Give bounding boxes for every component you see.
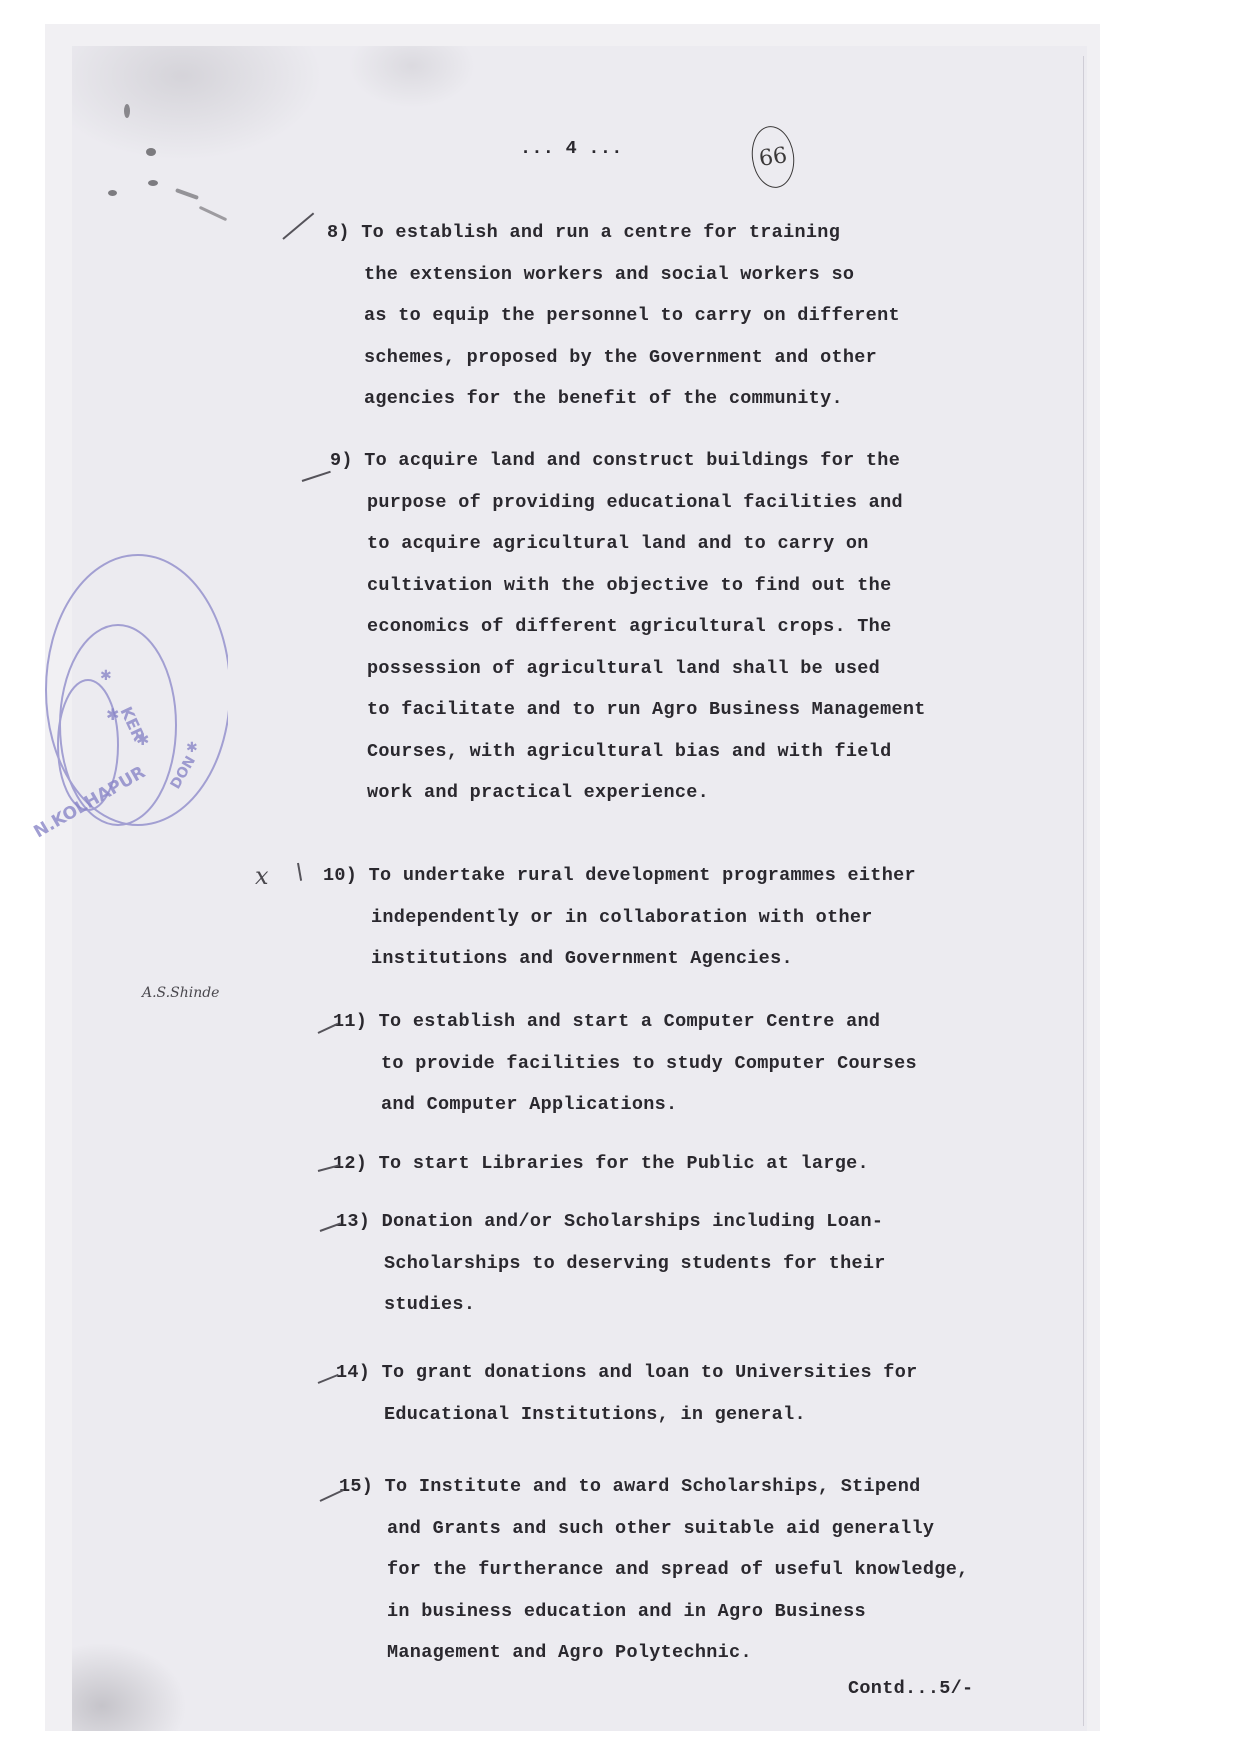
clause-line: for the furtherance and spread of useful… (339, 1549, 969, 1591)
clause-line: as to equip the personnel to carry on di… (327, 295, 900, 337)
page-edge (1083, 56, 1084, 1726)
clause-15: 15) To Institute and to award Scholarshi… (339, 1466, 969, 1674)
clause-line: agencies for the benefit of the communit… (327, 378, 900, 420)
clause-line: 10) To undertake rural development progr… (323, 855, 916, 897)
clause-line: 14) To grant donations and loan to Unive… (336, 1352, 918, 1394)
margin-x-mark: x (255, 862, 269, 890)
ink-smudge (124, 104, 130, 118)
clause-number: 9) (330, 440, 353, 482)
clause-number: 15) (339, 1466, 373, 1508)
clause-number: 11) (333, 1001, 367, 1043)
clause-line: 13) Donation and/or Scholarships includi… (336, 1201, 886, 1243)
clause-line: possession of agricultural land shall be… (330, 648, 926, 690)
clause-number: 10) (323, 855, 357, 897)
clause-line: purpose of providing educational facilit… (330, 482, 926, 524)
clause-line: the extension workers and social workers… (327, 254, 900, 296)
ink-smudge (146, 148, 156, 156)
clause-number: 14) (336, 1352, 370, 1394)
clause-number: 13) (336, 1201, 370, 1243)
clause-line: Scholarships to deserving students for t… (336, 1243, 886, 1285)
clause-9: 9) To acquire land and construct buildin… (330, 440, 926, 814)
clause-14: 14) To grant donations and loan to Unive… (336, 1352, 918, 1435)
clause-line: 11) To establish and start a Computer Ce… (333, 1001, 917, 1043)
clause-line: schemes, proposed by the Government and … (327, 337, 900, 379)
page-marker: ... 4 ... (520, 138, 623, 159)
clause-line: cultivation with the objective to find o… (330, 565, 926, 607)
clause-12: 12) To start Libraries for the Public at… (333, 1143, 869, 1185)
clause-number: 8) (327, 212, 350, 254)
clause-line: institutions and Government Agencies. (323, 938, 916, 980)
clause-line: 8) To establish and run a centre for tra… (327, 212, 900, 254)
clause-line: Courses, with agricultural bias and with… (330, 731, 926, 773)
clause-13: 13) Donation and/or Scholarships includi… (336, 1201, 886, 1326)
clause-line: to provide facilities to study Computer … (333, 1043, 917, 1085)
clause-10: 10) To undertake rural development progr… (323, 855, 916, 980)
clause-line: in business education and in Agro Busine… (339, 1591, 969, 1633)
clause-line: 12) To start Libraries for the Public at… (333, 1143, 869, 1185)
clause-line: Educational Institutions, in general. (336, 1394, 918, 1436)
clause-11: 11) To establish and start a Computer Ce… (333, 1001, 917, 1126)
clause-line: Management and Agro Polytechnic. (339, 1632, 969, 1674)
clause-line: to acquire agricultural land and to carr… (330, 523, 926, 565)
clause-line: work and practical experience. (330, 772, 926, 814)
margin-signature: A.S.Shinde (142, 985, 219, 1001)
ink-smudge (108, 190, 117, 196)
continuation-note: Contd...5/- (848, 1678, 973, 1699)
clause-line: 15) To Institute and to award Scholarshi… (339, 1466, 969, 1508)
clause-line: to facilitate and to run Agro Business M… (330, 689, 926, 731)
clause-line: studies. (336, 1284, 886, 1326)
clause-line: independently or in collaboration with o… (323, 897, 916, 939)
clause-line: and Grants and such other suitable aid g… (339, 1508, 969, 1550)
clause-line: 9) To acquire land and construct buildin… (330, 440, 926, 482)
clause-line: and Computer Applications. (333, 1084, 917, 1126)
ink-smudge (148, 180, 158, 186)
clause-line: economics of different agricultural crop… (330, 606, 926, 648)
clause-8: 8) To establish and run a centre for tra… (327, 212, 900, 420)
